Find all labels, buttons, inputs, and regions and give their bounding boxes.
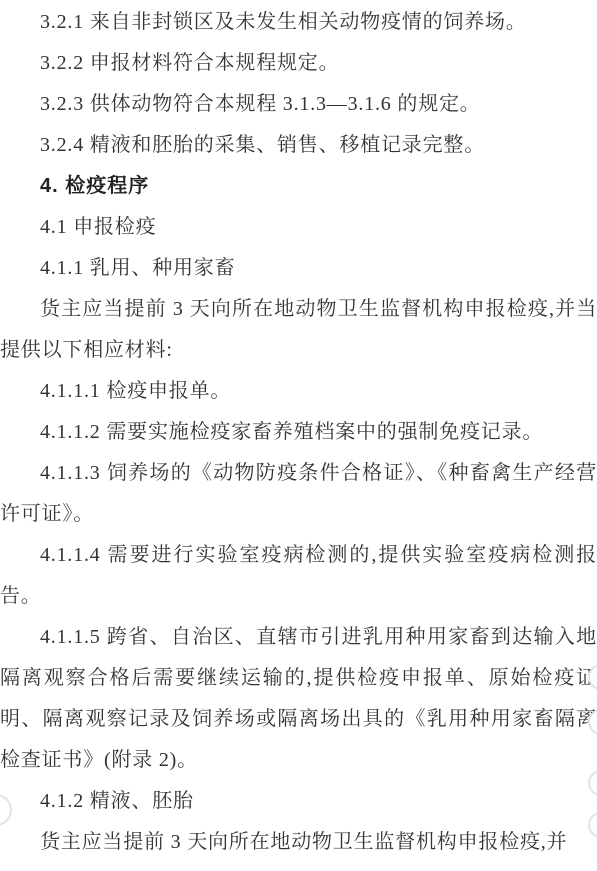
section-heading-4: 4. 检疫程序 bbox=[0, 166, 597, 207]
clause-4-1-1-1: 4.1.1.1 检疫申报单。 bbox=[0, 371, 597, 412]
document-page: 3.2.1 来自非封锁区及未发生相关动物疫情的饲养场。 3.2.2 申报材料符合… bbox=[0, 0, 597, 871]
clause-4-1-1-2: 4.1.1.2 需要实施检疫家畜养殖档案中的强制免疫记录。 bbox=[0, 412, 597, 453]
body-paragraph-declaration-requirements-2: 货主应当提前 3 天向所在地动物卫生监督机构申报检疫,并 bbox=[0, 822, 597, 863]
clause-3-2-1: 3.2.1 来自非封锁区及未发生相关动物疫情的饲养场。 bbox=[0, 2, 597, 43]
clause-4-1-1-5: 4.1.1.5 跨省、自治区、直辖市引进乳用种用家畜到达输入地隔离观察合格后需要… bbox=[0, 617, 597, 781]
clause-4-1-2: 4.1.2 精液、胚胎 bbox=[0, 781, 597, 822]
clause-4-1: 4.1 申报检疫 bbox=[0, 207, 597, 248]
clause-4-1-1-3: 4.1.1.3 饲养场的《动物防疫条件合格证》、《种畜禽生产经营许可证》。 bbox=[0, 453, 597, 535]
clause-3-2-3: 3.2.3 供体动物符合本规程 3.1.3—3.1.6 的规定。 bbox=[0, 84, 597, 125]
clause-4-1-1-4: 4.1.1.4 需要进行实验室疫病检测的,提供实验室疫病检测报告。 bbox=[0, 535, 597, 617]
scanned-document: { "page": { "background": "#ffffff", "te… bbox=[0, 0, 597, 871]
clause-3-2-2: 3.2.2 申报材料符合本规程规定。 bbox=[0, 43, 597, 84]
body-paragraph-declaration-requirements: 货主应当提前 3 天向所在地动物卫生监督机构申报检疫,并当提供以下相应材料: bbox=[0, 289, 597, 371]
clause-4-1-1: 4.1.1 乳用、种用家畜 bbox=[0, 248, 597, 289]
clause-3-2-4: 3.2.4 精液和胚胎的采集、销售、移植记录完整。 bbox=[0, 125, 597, 166]
